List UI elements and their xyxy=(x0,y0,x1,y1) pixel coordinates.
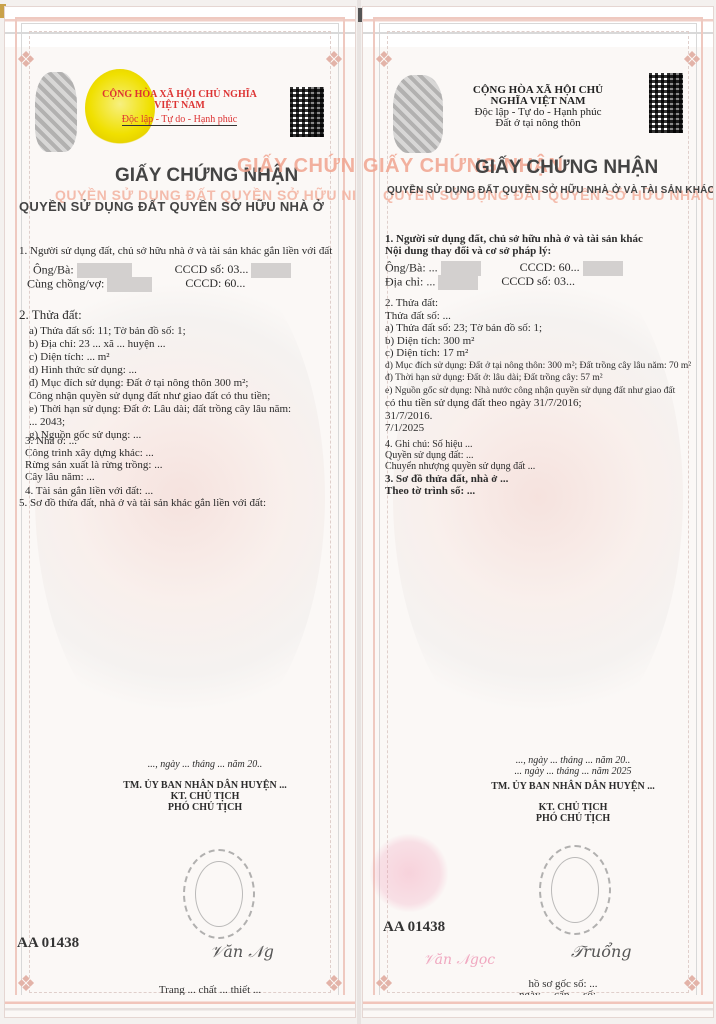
signer-role: KT. CHỦ TỊCH xyxy=(105,791,305,802)
land-plot-details: 2. Thửa đất: Thửa đất số: ... a) Thửa đấ… xyxy=(385,297,691,435)
national-header-line: CỘNG HÒA XÃ HỘI CHỦ NGHĨA VIỆT NAM xyxy=(453,85,623,107)
issuing-agency: TM. ỦY BAN NHÂN DÂN HUYỆN ... xyxy=(105,780,305,791)
owner-id: CCCD: 60... xyxy=(520,260,580,274)
plot-line: có thu tiền sử dụng đất theo ngày 31/7/2… xyxy=(385,397,691,410)
plot-line: Thửa đất số: ... xyxy=(385,310,691,323)
housing-details: 3. Nhà ở: ... Công trình xây dựng khác: … xyxy=(25,435,163,483)
qr-code xyxy=(290,87,324,137)
plot-line: 7/1/2025 xyxy=(385,422,691,435)
signature-block: ..., ngày ... tháng ... năm 20.. ... ngà… xyxy=(463,755,683,824)
corner-ornament-icon: ❖ xyxy=(13,47,39,73)
housing-line: Cây lâu năm: ... xyxy=(25,471,163,483)
housing-line: 3. Nhà ở: ... xyxy=(25,435,163,447)
plot-line: c) Diện tích: 17 m² xyxy=(385,347,691,360)
signer-role: KT. CHỦ TỊCH xyxy=(463,802,683,813)
corner-ornament-icon: ❖ xyxy=(13,971,39,997)
notes-section: 4. Ghi chú: Số hiệu ... Quyền sử dụng đấ… xyxy=(385,439,535,472)
redacted-name xyxy=(107,277,152,292)
serial-number: AA 01438 xyxy=(17,935,79,952)
red-registration-stamp xyxy=(369,833,449,913)
corner-ornament-icon: ❖ xyxy=(371,47,397,73)
national-header-motto: Độc lập - Tự do - Hạnh phúc xyxy=(122,114,237,126)
redacted-address xyxy=(438,275,478,290)
issue-date-secondary: ... ngày ... tháng ... năm 2025 xyxy=(463,766,683,777)
section-1-label: 1. Người sử dụng đất, chủ sở hữu nhà ở v… xyxy=(385,233,643,257)
section-line: Nội dung thay đổi và cơ sở pháp lý: xyxy=(385,245,643,257)
owner-address: Địa chỉ: ... xyxy=(385,274,435,288)
decorative-border-bottom xyxy=(363,995,713,1017)
note-line: Chuyển nhượng quyền sử dụng đất ... xyxy=(385,461,535,472)
national-header-line: CỘNG HÒA XÃ HỘI CHỦ NGHĨA VIỆT NAM xyxy=(97,89,262,111)
signature-block: ..., ngày ... tháng ... năm 20.. TM. ỦY … xyxy=(105,759,305,813)
plot-line: b) Diện tích: 300 m² xyxy=(385,335,691,348)
section-1-label: 1. Người sử dụng đất, chủ sở hữu nhà ở v… xyxy=(19,245,332,257)
certificate-title: GIẤY CHỨNG NHẬN xyxy=(475,157,658,179)
national-emblem-gray-icon xyxy=(393,75,443,153)
section-2-label: 2. Thửa đất: xyxy=(19,309,82,321)
plot-line: a) Thửa đất số: 11; Tờ bản đồ số: 1; xyxy=(29,325,291,338)
redacted-id xyxy=(251,263,291,278)
issue-date: ..., ngày ... tháng ... năm 20.. xyxy=(463,755,683,766)
plot-line: ... 2043; xyxy=(29,416,291,429)
housing-line: Rừng sản xuất là rừng trồng: ... xyxy=(25,459,163,471)
signer-title: PHÓ CHỦ TỊCH xyxy=(463,813,683,824)
plot-line: e) Thời hạn sử dụng: Đất ở: Lâu dài; đất… xyxy=(29,403,291,416)
redacted-id xyxy=(583,261,623,276)
red-signature: 𝒱ăn 𝒩gọc xyxy=(423,952,495,968)
certificate-subtitle: QUYỀN SỬ DỤNG ĐẤT QUYỀN SỞ HỮU NHÀ Ở xyxy=(19,199,324,214)
co-owner-id: CCCD: 60... xyxy=(185,276,245,290)
plot-line: đ) Thời hạn sử dụng: Đất ở: lâu dài; Đất… xyxy=(385,372,691,385)
owner-line: Cùng chồng/vợ: CCCD: 60... xyxy=(27,277,245,292)
plot-line: b) Địa chỉ: 23 ... xã ... huyện ... xyxy=(29,338,291,351)
certificate-subtitle: QUYỀN SỬ DỤNG ĐẤT QUYỀN SỞ HỮU NHÀ Ở VÀ … xyxy=(387,185,714,196)
decorative-border-bottom xyxy=(5,995,355,1017)
co-owner-label: Cùng chồng/vợ: xyxy=(27,276,104,290)
signature: 𝒱ăn 𝒩g xyxy=(210,942,274,962)
section-line: 3. Sơ đồ thửa đất, nhà ở ... xyxy=(385,473,508,485)
note-line: 4. Ghi chú: Số hiệu ... xyxy=(385,439,535,450)
plot-line: c) Diện tích: ... m² xyxy=(29,351,291,364)
plot-line: Công nhận quyền sử dụng đất như giao đất… xyxy=(29,390,291,403)
plot-line: 31/7/2016. xyxy=(385,410,691,423)
plot-line: a) Thửa đất số: 23; Tờ bản đồ số: 1; xyxy=(385,322,691,335)
watermark-title: GIẤY CHỨNG NHẬN xyxy=(237,155,356,178)
section-5-label: 5. Sơ đồ thửa đất, nhà ở và tài sản khác… xyxy=(19,497,266,509)
section-3-label: 3. Sơ đồ thửa đất, nhà ở ... Theo tờ trì… xyxy=(385,473,508,497)
national-header: CỘNG HÒA XÃ HỘI CHỦ NGHĨA VIỆT NAM Độc l… xyxy=(97,89,262,126)
section-line: Theo tờ trình số: ... xyxy=(385,485,508,497)
signer-title: PHÓ CHỦ TỊCH xyxy=(105,802,305,813)
housing-line: Công trình xây dựng khác: ... xyxy=(25,447,163,459)
plot-line: e) Nguồn gốc sử dụng: Nhà nước công nhận… xyxy=(385,385,691,398)
redacted-name xyxy=(441,261,481,276)
corner-ornament-icon: ❖ xyxy=(679,47,705,73)
plot-line: d) Hình thức sử dụng: ... xyxy=(29,364,291,377)
book-binding xyxy=(357,0,361,1024)
signature: 𝒯ruổng xyxy=(571,942,632,962)
corner-ornament-icon: ❖ xyxy=(371,971,397,997)
owner-line: Địa chỉ: ... CCCD số: 03... xyxy=(385,275,575,290)
note-line: Quyền sử dụng đất: ... xyxy=(385,450,535,461)
certificate-left-page: ❖ ❖ ❖ ❖ CỘNG HÒA XÃ HỘI CHỦ NGHĨA VIỆT N… xyxy=(4,6,356,1018)
national-header: CỘNG HÒA XÃ HỘI CHỦ NGHĨA VIỆT NAM Độc l… xyxy=(453,85,623,129)
plot-line: 2. Thửa đất: xyxy=(385,297,691,310)
national-emblem-gray-icon xyxy=(35,72,77,152)
issuing-agency: TM. ỦY BAN NHÂN DÂN HUYỆN ... xyxy=(463,781,683,792)
official-seal xyxy=(183,849,255,939)
corner-ornament-icon: ❖ xyxy=(679,971,705,997)
section-4-label: 4. Tài sản gắn liền với đất: ... xyxy=(25,485,153,497)
owner-id: CCCD số: 03... xyxy=(501,274,575,288)
section-line: 1. Người sử dụng đất, chủ sở hữu nhà ở v… xyxy=(385,233,643,245)
plot-line: đ) Mục đích sử dụng: Đất ở tại nông thôn… xyxy=(29,377,291,390)
qr-code xyxy=(649,73,683,133)
national-header-note: Đất ở tại nông thôn xyxy=(453,118,623,129)
certificate-right-page: ❖ ❖ ❖ ❖ CỘNG HÒA XÃ HỘI CHỦ NGHĨA VIỆT N… xyxy=(362,6,714,1018)
serial-number: AA 01438 xyxy=(383,919,445,936)
issue-date: ..., ngày ... tháng ... năm 20.. xyxy=(105,759,305,770)
plot-line: d) Mục đích sử dụng: Đất ở tại nông thôn… xyxy=(385,360,691,373)
owner-name-label: Ông/Bà: xyxy=(33,262,74,276)
land-plot-details: a) Thửa đất số: 11; Tờ bản đồ số: 1; b) … xyxy=(29,325,291,442)
official-seal xyxy=(539,845,611,935)
owner-name-label: Ông/Bà: ... xyxy=(385,260,438,274)
owner-id: CCCD số: 03... xyxy=(175,262,249,276)
corner-ornament-icon: ❖ xyxy=(321,47,347,73)
